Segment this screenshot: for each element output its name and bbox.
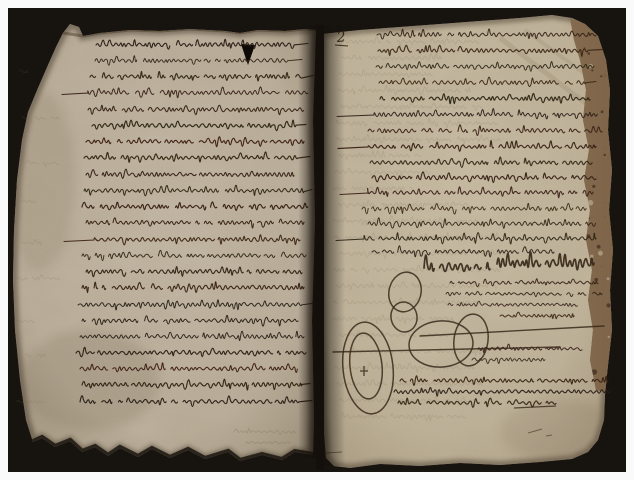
frayed-edge-speckle	[608, 336, 610, 338]
frayed-edge-speckle	[592, 185, 595, 188]
frayed-edge-speckle	[607, 277, 610, 280]
frayed-edge-speckle	[591, 69, 593, 71]
left-page	[5, 8, 328, 472]
gutter-shadow-left	[298, 26, 318, 458]
manuscript-scan-stage: 2	[0, 0, 634, 480]
gutter	[298, 25, 345, 470]
manuscript-scan: 2	[0, 0, 634, 480]
gutter-crack	[316, 25, 324, 470]
frayed-edge-speckle	[600, 75, 602, 77]
right-page: 2	[310, 8, 626, 472]
gutter-shadow-right	[323, 26, 345, 466]
frayed-edge-speckle	[598, 251, 603, 256]
frayed-edge-speckle	[594, 278, 598, 282]
frayed-edge-speckle	[597, 245, 601, 249]
left-page-stain	[20, 330, 160, 430]
frayed-edge-speckle	[587, 52, 590, 55]
frayed-edge-speckle	[604, 154, 606, 156]
frayed-edge-speckle	[601, 110, 604, 113]
frayed-edge-speckle	[606, 303, 610, 307]
